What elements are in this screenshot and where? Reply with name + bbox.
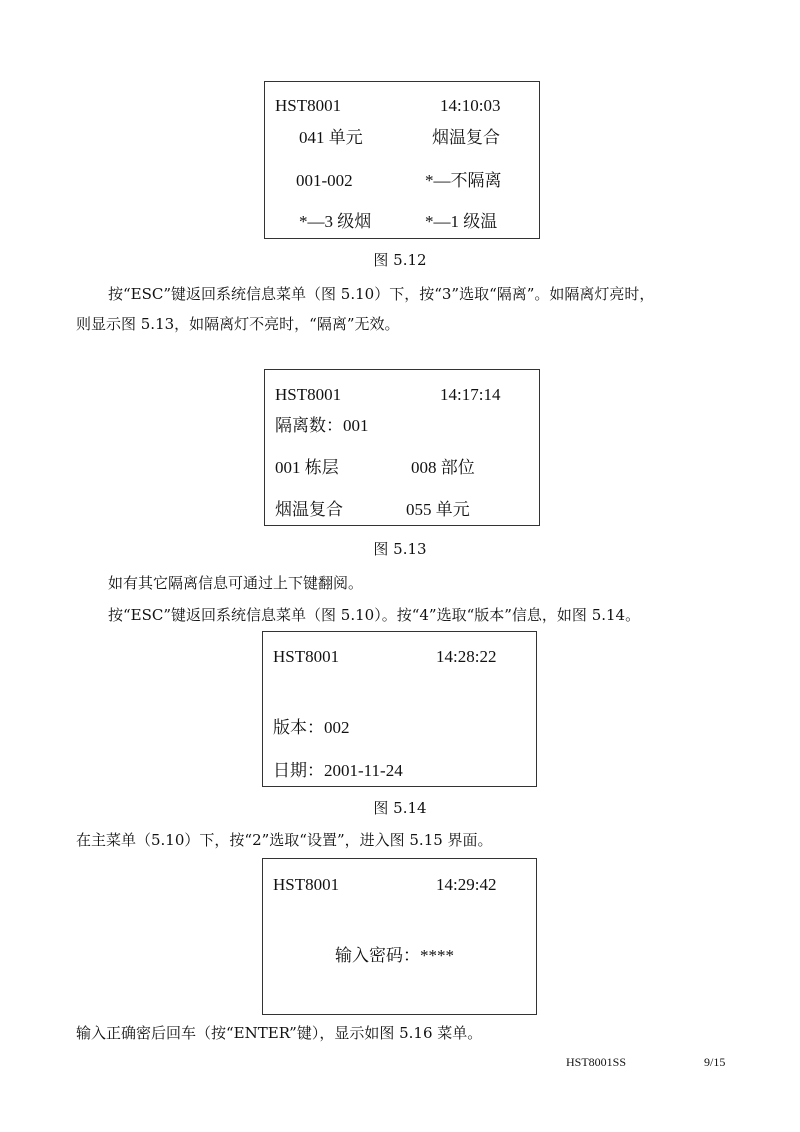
figure-caption: 图 5.14 [0,798,800,818]
isolation-count: 隔离数：001 [275,416,369,436]
unit-value: 041 单元 [299,128,363,148]
lcd-screen-fig-5-13: HST8001 14:17:14 隔离数：001 001 栋层 008 部位 烟… [264,369,540,526]
screen-time: 14:10:03 [440,96,500,116]
paragraph: 按“ESC”键返回系统信息菜单（图 5.10）下，按“3”选取“隔离”。如隔离灯… [108,284,654,304]
screen-time: 14:17:14 [440,385,500,405]
isolation-state: *—不隔离 [425,171,502,191]
paragraph: 在主菜单（5.10）下，按“2”选取“设置”，进入图 5.15 界面。 [76,830,493,850]
lcd-screen-fig-5-15: HST8001 14:29:42 输入密码：**** [262,858,537,1015]
lcd-screen-fig-5-14: HST8001 14:28:22 版本：002 日期：2001-11-24 [262,631,537,787]
footer-page-number: 9/15 [704,1054,725,1070]
paragraph: 按“ESC”键返回系统信息菜单（图 5.10）。按“4”选取“版本”信息，如图 … [108,605,640,625]
figure-caption: 图 5.13 [0,539,800,559]
smoke-level: *—3 级烟 [299,212,371,232]
screen-model: HST8001 [275,96,341,116]
version-value: 版本：002 [273,718,350,738]
paragraph: 如有其它隔离信息可通过上下键翻阅。 [108,573,363,593]
screen-time: 14:28:22 [436,647,496,667]
address-range: 001-002 [296,171,353,191]
temp-level: *—1 级温 [425,212,497,232]
screen-model: HST8001 [275,385,341,405]
figure-caption: 图 5.12 [0,250,800,270]
footer-doc-code: HST8001SS [566,1054,626,1070]
password-prompt: 输入密码：**** [335,946,454,966]
detector-type: 烟温复合 [275,500,343,520]
floor-value: 001 栋层 [275,458,339,478]
paragraph: 则显示图 5.13，如隔离灯不亮时，“隔离”无效。 [76,314,400,334]
paragraph: 输入正确密后回车（按“ENTER”键），显示如图 5.16 菜单。 [76,1023,482,1043]
screen-model: HST8001 [273,875,339,895]
date-value: 日期：2001-11-24 [273,761,403,781]
position-value: 008 部位 [411,458,475,478]
screen-model: HST8001 [273,647,339,667]
detector-type: 烟温复合 [432,128,500,148]
unit-value: 055 单元 [406,500,470,520]
lcd-screen-fig-5-12: HST8001 14:10:03 041 单元 烟温复合 001-002 *—不… [264,81,540,239]
screen-time: 14:29:42 [436,875,496,895]
